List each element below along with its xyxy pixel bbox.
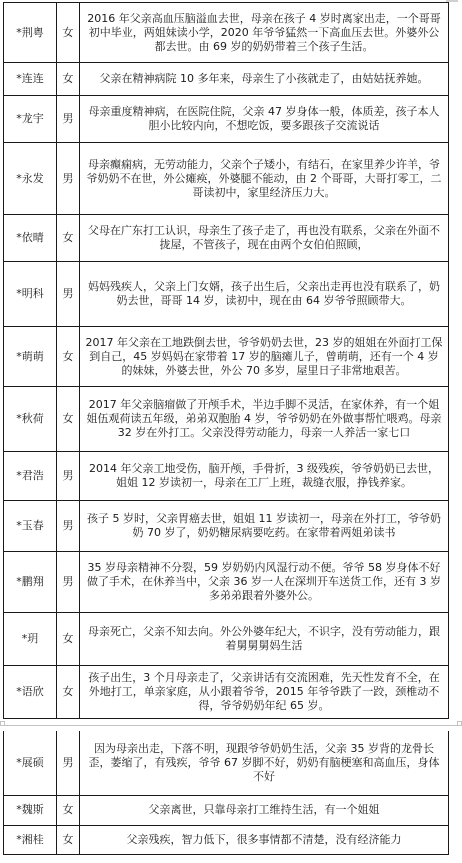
student-gender-cell: 女 [57, 327, 80, 387]
page-break-separator [0, 719, 462, 731]
student-description-cell: 2017 年父亲脑瘤做了开颅手术，半边手脚不灵活，在家休养，有一个姐姐伍观荷读五… [80, 387, 449, 452]
student-name-cell: *鹏翔 [4, 552, 57, 613]
table-row: *荆粤 女 2016 年父亲高血压脑溢血去世，母亲在孩子 4 岁时离家出走，一个… [4, 3, 449, 63]
student-description-cell: 母亲癫痫病，无劳动能力，父亲个子矮小，有结石，在家里养少许羊，爷爷奶奶不在世，外… [80, 143, 449, 215]
student-gender-cell: 女 [57, 387, 80, 452]
student-name-cell: *玥 [4, 613, 57, 666]
student-description-cell: 妈妈残疾人，父亲上门女婿，孩子出生后，父亲出走再也没有联系了，奶奶去世，哥哥 1… [80, 262, 449, 327]
student-description-cell: 母亲死亡，父亲不知去向。外公外婆年纪大，不识字，没有劳动能力，跟着舅舅舅妈生活 [80, 613, 449, 666]
table-row: *湘桂 女 父亲残疾，智力低下，很多事情都不清楚，没有经济能力 [4, 825, 449, 854]
student-name-cell: *龙宇 [4, 96, 57, 143]
student-gender-cell: 男 [57, 552, 80, 613]
table-row: *连连 女 父亲在精神病院 10 多年来，母亲生了小孩就走了，由姑姑抚养她。 [4, 63, 449, 96]
table-row: *龙宇 男 母亲重度精神病，在医院住院，父亲 47 岁身体一般，体质差，孩子本人… [4, 96, 449, 143]
student-description-cell: 父亲在精神病院 10 多年来，母亲生了小孩就走了，由姑姑抚养她。 [80, 63, 449, 96]
student-name-cell: *语欣 [4, 666, 57, 719]
student-name-cell: *展硕 [4, 731, 57, 795]
student-name-cell: *依晴 [4, 215, 57, 262]
student-name-cell: *魏斯 [4, 795, 57, 825]
records-table-1: *荆粤 女 2016 年父亲高血压脑溢血去世，母亲在孩子 4 岁时离家出走，一个… [3, 2, 449, 719]
student-name-cell: *荆粤 [4, 3, 57, 63]
student-gender-cell: 女 [57, 215, 80, 262]
student-description-cell: 父母在广东打工认识，母亲生了孩子走了，再也没有联系，父亲在外面不拢屋，不管孩子，… [80, 215, 449, 262]
student-description-cell: 孩子 5 岁时，父亲胃癌去世，姐姐 11 岁读初一，母亲在外打工，爷爷奶奶 70… [80, 501, 449, 552]
table-row: *秋荷 女 2017 年父亲脑瘤做了开颅手术，半边手脚不灵活，在家休养，有一个姐… [4, 387, 449, 452]
table-row: *永发 男 母亲癫痫病，无劳动能力，父亲个子矮小，有结石，在家里养少许羊，爷爷奶… [4, 143, 449, 215]
student-gender-cell: 男 [57, 452, 80, 501]
student-name-cell: *君浩 [4, 452, 57, 501]
student-gender-cell: 女 [57, 3, 80, 63]
student-gender-cell: 女 [57, 795, 80, 825]
student-description-cell: 父亲离世，只靠母亲打工维持生活，有一个姐姐 [80, 795, 449, 825]
table-row: *玥 女 母亲死亡，父亲不知去向。外公外婆年纪大，不识字，没有劳动能力，跟着舅舅… [4, 613, 449, 666]
table-row: *魏斯 女 父亲离世，只靠母亲打工维持生活，有一个姐姐 [4, 795, 449, 825]
table-row: *依晴 女 父母在广东打工认识，母亲生了孩子走了，再也没有联系，父亲在外面不拢屋… [4, 215, 449, 262]
student-name-cell: *玉春 [4, 501, 57, 552]
student-gender-cell: 男 [57, 731, 80, 795]
table-row: *萌萌 女 2017 年父亲在工地跌倒去世，爷爷奶奶去世，23 岁的姐姐在外面打… [4, 327, 449, 387]
table-row: *明科 男 妈妈残疾人，父亲上门女婿，孩子出生后，父亲出走再也没有联系了，奶奶去… [4, 262, 449, 327]
records-table-2-body: *展硕 男 因为母亲出走，下落不明，现跟爷爷奶奶生活，父亲 35 岁背的龙骨长歪… [4, 731, 449, 854]
table-row: *展硕 男 因为母亲出走，下落不明，现跟爷爷奶奶生活，父亲 35 岁背的龙骨长歪… [4, 731, 449, 795]
separator-rule [0, 725, 462, 726]
student-gender-cell: 女 [57, 613, 80, 666]
student-gender-cell: 男 [57, 262, 80, 327]
table-row: *玉春 男 孩子 5 岁时，父亲胃癌去世，姐姐 11 岁读初一，母亲在外打工，爷… [4, 501, 449, 552]
student-description-cell: 35 岁母亲精神不分裂，59 岁奶奶内风湿行动不便。爷爷 58 岁身体不好做了手… [80, 552, 449, 613]
student-gender-cell: 男 [57, 96, 80, 143]
page-edge-artifact [446, 0, 458, 2]
table-row: *鹏翔 男 35 岁母亲精神不分裂，59 岁奶奶内风湿行动不便。爷爷 58 岁身… [4, 552, 449, 613]
separator-right-cap [457, 721, 462, 726]
student-description-cell: 因为母亲出走，下落不明，现跟爷爷奶奶生活，父亲 35 岁背的龙骨长歪，萎缩了，有… [80, 731, 449, 795]
student-description-cell: 2017 年父亲在工地跌倒去世，爷爷奶奶去世，23 岁的姐姐在外面打工保到自己，… [80, 327, 449, 387]
student-gender-cell: 女 [57, 666, 80, 719]
document-page: *荆粤 女 2016 年父亲高血压脑溢血去世，母亲在孩子 4 岁时离家出走，一个… [0, 0, 462, 863]
student-description-cell: 2014 年父亲工地受伤，脑开颅，手骨折，3 级残疾，爷爷奶奶已去世，姐姐 12… [80, 452, 449, 501]
student-name-cell: *湘桂 [4, 825, 57, 854]
student-description-cell: 孩子出生，3 个月母亲走了，父亲讲话有交流困难，先天性发育不全，在外地打工，单亲… [80, 666, 449, 719]
student-name-cell: *秋荷 [4, 387, 57, 452]
records-table-1-body: *荆粤 女 2016 年父亲高血压脑溢血去世，母亲在孩子 4 岁时离家出走，一个… [4, 3, 449, 719]
records-table-2: *展硕 男 因为母亲出走，下落不明，现跟爷爷奶奶生活，父亲 35 岁背的龙骨长歪… [3, 731, 449, 855]
table-row: *语欣 女 孩子出生，3 个月母亲走了，父亲讲话有交流困难，先天性发育不全，在外… [4, 666, 449, 719]
student-gender-cell: 男 [57, 501, 80, 552]
student-name-cell: *萌萌 [4, 327, 57, 387]
student-description-cell: 2016 年父亲高血压脑溢血去世，母亲在孩子 4 岁时离家出走，一个哥哥初中毕业… [80, 3, 449, 63]
student-description-cell: 父亲残疾，智力低下，很多事情都不清楚，没有经济能力 [80, 825, 449, 854]
student-name-cell: *连连 [4, 63, 57, 96]
student-name-cell: *永发 [4, 143, 57, 215]
student-description-cell: 母亲重度精神病，在医院住院，父亲 47 岁身体一般，体质差，孩子本人胆小比较内向… [80, 96, 449, 143]
student-gender-cell: 女 [57, 825, 80, 854]
student-name-cell: *明科 [4, 262, 57, 327]
student-gender-cell: 男 [57, 143, 80, 215]
student-gender-cell: 女 [57, 63, 80, 96]
table-row: *君浩 男 2014 年父亲工地受伤，脑开颅，手骨折，3 级残疾，爷爷奶奶已去世… [4, 452, 449, 501]
